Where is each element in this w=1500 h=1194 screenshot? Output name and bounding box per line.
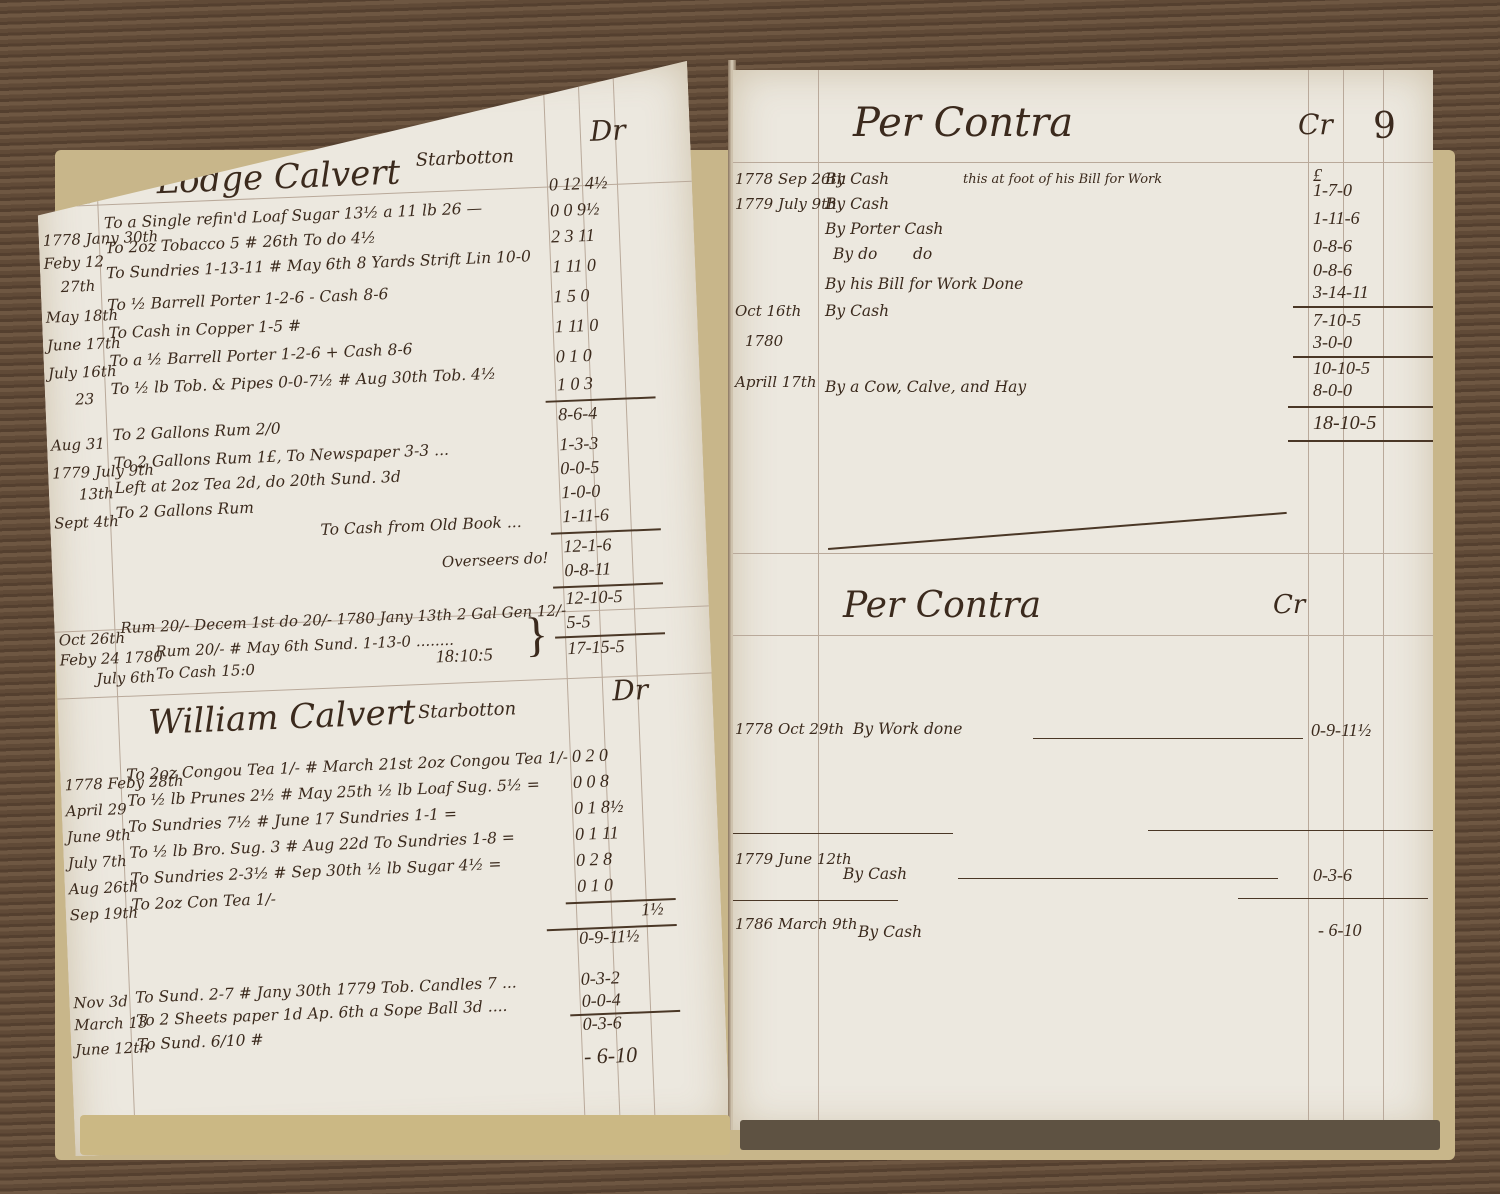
entry-date: 1786 March 9th [735,915,857,933]
entry-text: To a ½ Barrell Porter 1-2-6 + Cash 8-6 [109,340,413,370]
leader-line [958,878,1278,879]
entry-text: To Sund. 6/10 # [137,1031,264,1054]
entry-amount: 1-11-6 [1313,208,1360,229]
entry-amount: 1 11 0 [552,255,596,278]
entry-date: July 6th [96,668,156,688]
entry-text: Left at 2oz Tea 2d, do 20th Sund. 3d [114,468,401,497]
debit-label: Dr [589,113,626,147]
bracket-total: 18:10:5 [435,644,493,667]
cover-flap-right [740,1120,1440,1150]
per-contra-heading: Per Contra [843,585,1041,626]
entry-date: July 7th [67,852,127,872]
entry-text: To ½ lb Tob. & Pipes 0-0-7½ # Aug 30th T… [110,365,496,398]
entry-text: Rum 20/- Decem 1st do 20/- 1780 Jany 13t… [120,601,567,637]
cover-flap-left [80,1115,730,1155]
entry-amount: 0 0 8 [573,771,610,793]
left-page: 9 Lodge Calvert Starbotton Dr 1778 Jany … [33,61,730,1156]
entry-amount: 0 1 8½ [574,796,624,819]
entry-date: 1779 July 9th [735,195,837,213]
entry-text: To ½ Barrell Porter 1-2-6 - Cash 8-6 [107,285,389,314]
entry-amount: 3-0-0 [1313,332,1352,353]
section-rule [733,553,1433,554]
entry-text: By Cash [843,865,907,883]
carried-amount: 12-10-5 [565,586,623,609]
entry-date: 1779 June 12th [735,850,852,868]
entry-amount: 0-0-4 [581,989,621,1012]
entry-text: By his Bill for Work Done [825,275,1023,293]
fraction-note: 1½ [641,898,664,920]
entry-amount: 1-0-0 [561,481,601,504]
entry-text: To Cash from Old Book ... [320,513,522,539]
entry-amount: 5-5 [566,611,591,633]
entry-amount: 0-8-6 [1313,236,1352,257]
entry-date: Sep 19th [69,904,138,925]
entry-amount: 0 2 0 [571,745,608,767]
entry-date: 23 [75,390,95,409]
entry-amount: 0 1 11 [575,822,619,845]
entry-note: this at foot of his Bill for Work [963,172,1162,187]
entry-date: 1778 Oct 29th [735,720,844,738]
entry-amount: - 6-10 [1318,920,1362,941]
entry-amount: 0-8-6 [1313,260,1352,281]
header-rule [733,162,1433,163]
divider-rule [733,833,953,834]
entry-amount: 1-11-6 [562,504,609,527]
entry-amount: 0 1 0 [555,345,592,367]
entry-text: To Cash in Copper 1-5 # [108,317,301,343]
entry-text: To 2 Gallons Rum [115,499,254,523]
entry-amount: 1-3-3 [559,433,599,456]
entry-text: To Sundries 2-3½ # Sep 30th ½ lb Sugar 4… [130,855,502,888]
right-page: Per Contra Cr 9 £ 1778 Sep 26th By Cash … [733,70,1433,1130]
entry-date: Sept 4th [54,512,119,533]
entry-text: By Cash [858,923,922,941]
account-entries: 1778 Jany 30th To a Single refin'd Loaf … [33,61,687,87]
total-rule [1288,440,1433,442]
debit-label: Dr [612,673,649,707]
grand-total: 17-15-5 [567,636,625,659]
entry-amount: 2 3 11 [551,225,595,248]
entry-date: 13th [79,484,114,503]
divider-rule [1148,830,1433,831]
brace-icon: } [524,607,549,663]
entry-amount: 0-0-5 [560,457,600,480]
entry-date: Nov 3d [73,992,128,1012]
entry-amount: 3-14-11 [1313,282,1369,303]
entry-date: Aprill 17th [735,373,817,391]
account-place: Starbotton [415,146,514,171]
entry-note: do [913,245,932,263]
entry-amount: 0 0 9½ [550,199,600,222]
entry-amount: 0-3-2 [580,967,620,990]
subtotal-rule [551,528,661,534]
entry-text: By Work done [853,720,962,738]
entry-date: Feby 12 [43,252,104,272]
entry-text: By do [833,245,877,263]
entry-text: By Cash [825,170,889,188]
entry-amount: 8-0-0 [1313,380,1352,401]
entry-text: To Sundries 7½ # June 17 Sundries 1-1 = [128,805,457,836]
credit-label: Cr [1298,108,1333,141]
account-total: 18-10-5 [1313,412,1376,435]
subtotal-amount: 0-9-11½ [579,925,640,948]
overseers-note: Overseers do! [442,549,549,571]
entry-amount: 0-3-6 [582,1012,622,1035]
entry-text: By Cash [825,302,889,320]
entry-date: Oct 26th [58,629,125,650]
entry-amount: 0-3-6 [1313,865,1352,886]
entry-amount: 1 11 0 [554,315,598,338]
credit-label: Cr [1273,590,1305,620]
entry-date: Aug 31 [51,435,106,455]
entry-text: To a Single refin'd Loaf Sugar 13½ a 11 … [104,199,483,232]
entry-date: Aug 26th [68,878,138,899]
entry-date: Oct 16th [735,302,801,320]
entry-text: To Cash 15:0 [156,661,256,683]
account-name: William Calvert [147,692,416,743]
account-place: Starbotton [418,698,517,723]
entry-amount: 1 5 0 [553,285,590,307]
entry-date: 1780 [745,332,783,350]
subtotal-rule [546,396,656,402]
entry-amount: 1-7-0 [1313,180,1352,201]
entry-amount: 0 1 0 [577,875,614,897]
header-rule-2 [733,635,1433,636]
entry-text: By Cash [825,195,889,213]
entry-amount: 0-9-11½ [1311,720,1371,741]
shillings-column-rule [1343,70,1344,1130]
entry-text: By a Cow, Calve, and Hay [825,378,1026,396]
account-entries: 1778 Feby 28th To 2oz Congou Tea 1/- # M… [33,61,687,87]
entry-date: 27th [60,277,95,296]
divider-rule [733,900,898,901]
entry-date: Feby 24 1780 [59,647,163,669]
entry-amount: 0 12 4½ [549,172,608,195]
pence-column-rule [1383,70,1384,1130]
overseers-amount: 0-8-11 [564,558,611,581]
entry-text: By Porter Cash [825,220,943,238]
pounds-column-rule [1308,70,1309,1130]
entry-text: Rum 20/- # May 6th Sund. 1-13-0 ........ [155,631,454,661]
folio-number: 9 [1373,106,1396,147]
entry-date: April 29 [65,800,127,820]
subtotal-amount: 12-1-6 [563,534,612,557]
entry-amount: 8-6-4 [558,403,598,426]
entry-text: To 2oz Con Tea 1/- [131,890,276,914]
entry-amount: 7-10-5 [1313,310,1361,331]
per-contra-heading: Per Contra [853,100,1073,146]
entry-text: To 2 Gallons Rum 2/0 [112,419,281,444]
entry-date: June 9th [66,826,131,847]
divider-rule [1238,898,1428,899]
entry-amount: 0 2 8 [576,849,613,871]
final-total: - 6-10 [583,1042,637,1070]
subtotal-rule [1293,306,1433,308]
margin-rule [818,70,819,1130]
total-rule [1288,406,1433,408]
cancel-stroke [828,512,1287,550]
entry-date: July 16th [48,362,117,383]
entry-amount: 1 0 3 [557,373,594,395]
entry-amount: 10-10-5 [1313,358,1370,379]
leader-line [1033,738,1303,739]
